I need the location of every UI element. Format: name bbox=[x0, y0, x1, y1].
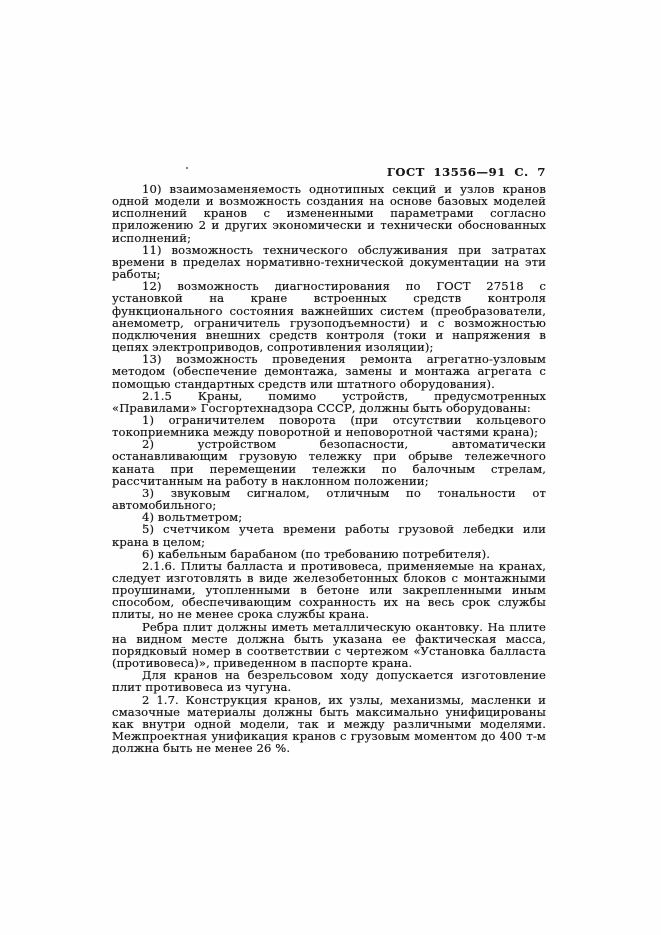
para-item-13: 13) возможность проведения ремонта агрег… bbox=[112, 353, 546, 389]
para-cast-iron: Для кранов на безрельсовом ходу допускае… bbox=[112, 669, 546, 693]
para-sub-5: 5) счетчиком учета времени работы грузов… bbox=[112, 523, 546, 547]
para-item-11: 11) возможность технического обслуживани… bbox=[112, 244, 546, 280]
scan-speck bbox=[143, 524, 145, 527]
scan-speck bbox=[186, 167, 188, 169]
document-body: 10) взаимозаменяемость однотипных секций… bbox=[112, 183, 546, 754]
para-plate-ribs: Ребра плит должны иметь металлическую ок… bbox=[112, 621, 546, 670]
para-section-2-1-6: 2.1.6. Плиты балласта и противовеса, при… bbox=[112, 560, 546, 621]
para-item-10: 10) взаимозаменяемость однотипных секций… bbox=[112, 183, 546, 244]
para-sub-2: 2) устройством безопасности, автоматичес… bbox=[112, 438, 546, 487]
para-sub-1: 1) ограничителем поворота (при отсутстви… bbox=[112, 414, 546, 438]
document-page: ГОСТ 13556—91 С. 7 10) взаимозаменяемост… bbox=[0, 0, 661, 935]
para-section-2-1-5: 2.1.5 Краны, помимо устройств, предусмот… bbox=[112, 390, 546, 414]
para-section-2-1-7: 2 1.7. Конструкция кранов, их узлы, меха… bbox=[112, 694, 546, 755]
page-header: ГОСТ 13556—91 С. 7 bbox=[112, 165, 546, 179]
para-item-12: 12) возможность диагностирования по ГОСТ… bbox=[112, 280, 546, 353]
para-sub-3: 3) звуковым сигналом, отличным по тональ… bbox=[112, 487, 546, 511]
